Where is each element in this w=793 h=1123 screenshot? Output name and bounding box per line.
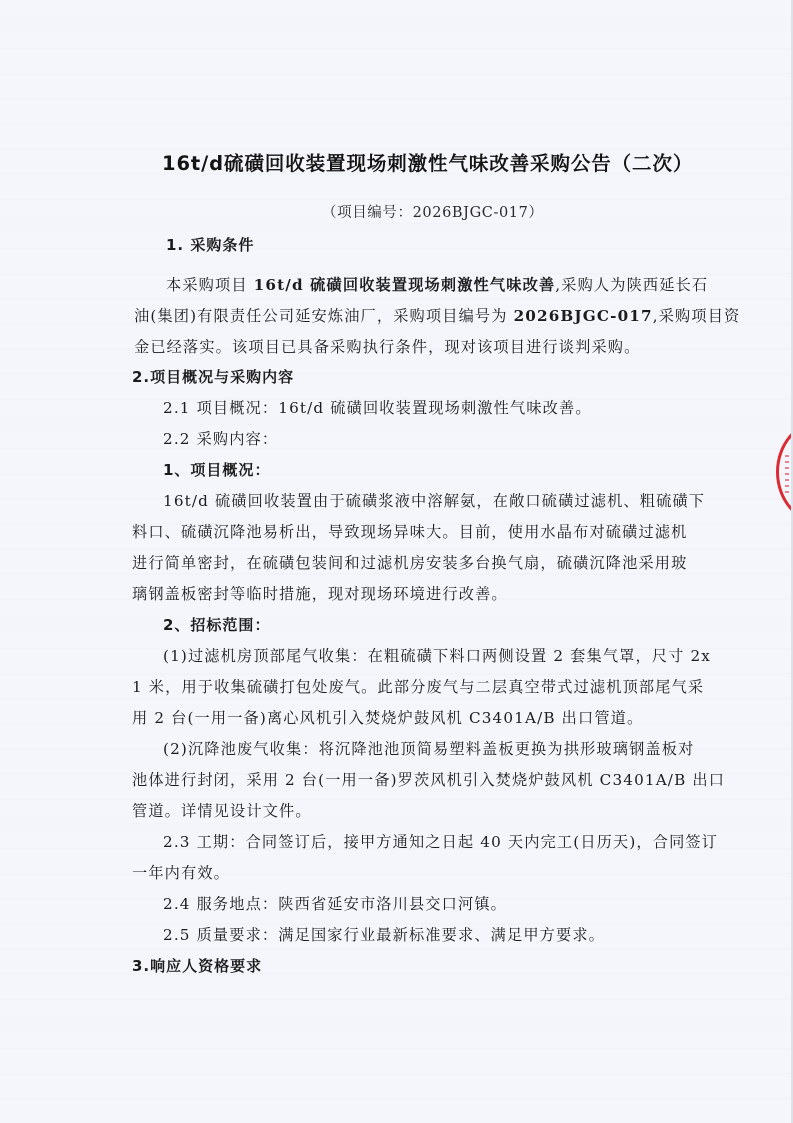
item-2-2: 2.2 采购内容： — [163, 429, 278, 449]
item-2-1: 2.1 项目概况：16t/d 硫磺回收装置现场刺激性气味改善。 — [163, 398, 592, 418]
document-page: 16t/d硫磺回收装置现场刺激性气味改善采购公告（二次） （项目编号：2026B… — [0, 0, 793, 1123]
overview-line-2: 料口、硫磺沉降池易析出，导致现场异味大。目前，使用水晶布对硫磺过滤机 — [132, 522, 687, 542]
scope-2-line-1: (2)沉降池废气收集：将沉降池池顶简易塑料盖板更换为拱形玻璃钢盖板对 — [163, 739, 694, 759]
section-2-heading: 2.项目概况与采购内容 — [132, 367, 294, 387]
section-1-heading: 1. 采购条件 — [166, 235, 254, 255]
scope-2-line-2: 池体进行封闭，采用 2 台(一用一备)罗茨风机引入焚烧炉鼓风机 C3401A/B… — [132, 770, 725, 790]
scope-1-line-2: 1 米，用于收集硫磺打包处废气。此部分废气与二层真空带式过滤机顶部尾气采 — [132, 677, 704, 697]
scope-1-line-1: (1)过滤机房顶部尾气收集：在粗硫磺下料口两侧设置 2 套集气罩，尺寸 2x — [163, 646, 711, 666]
text: 本采购项目 — [166, 276, 254, 294]
document-title: 16t/d硫磺回收装置现场刺激性气味改善采购公告（二次） — [162, 148, 693, 176]
section-1-para-line-2: 油(集团)有限责任公司延安炼油厂，采购项目编号为 2026BJGC-017,采购… — [134, 306, 740, 326]
seal-text-fragment — [785, 455, 789, 495]
text: ,采购人为陕西延长石 — [555, 276, 708, 294]
project-code: （项目编号：2026BJGC-017） — [322, 201, 544, 222]
sub-2-heading: 2、招标范围： — [163, 615, 270, 635]
section-3-heading: 3.响应人资格要求 — [132, 956, 262, 976]
item-2-4: 2.4 服务地点：陕西省延安市洛川县交口河镇。 — [163, 894, 507, 914]
overview-line-1: 16t/d 硫磺回收装置由于硫磺浆液中溶解氨，在敞口硫磺过滤机、粗硫磺下 — [163, 491, 705, 511]
section-1-para-line-1: 本采购项目 16t/d 硫磺回收装置现场刺激性气味改善,采购人为陕西延长石 — [166, 275, 708, 295]
scope-2-line-3: 管道。详情见设计文件。 — [132, 801, 312, 821]
project-code-bold: 2026BJGC-017 — [514, 307, 653, 325]
overview-line-3: 进行简单密封，在硫磺包装间和过滤机房安装多台换气扇，硫磺沉降池采用玻 — [132, 553, 687, 573]
section-1-para-line-3: 金已经落实。该项目已具备采购执行条件，现对该项目进行谈判采购。 — [134, 337, 640, 357]
item-2-3-line-2: 一年内有效。 — [132, 863, 230, 883]
overview-line-4: 璃钢盖板密封等临时措施，现对现场环境进行改善。 — [132, 584, 508, 604]
project-name-bold: 16t/d 硫磺回收装置现场刺激性气味改善 — [254, 276, 556, 294]
item-2-5: 2.5 质量要求：满足国家行业最新标准要求、满足甲方要求。 — [163, 925, 605, 945]
scope-1-line-3: 用 2 台(一用一备)离心风机引入焚烧炉鼓风机 C3401A/B 出口管道。 — [132, 708, 643, 728]
text: ,采购项目资 — [653, 307, 741, 325]
text: 油(集团)有限责任公司延安炼油厂，采购项目编号为 — [134, 307, 514, 325]
item-2-3-line-1: 2.3 工期：合同签订后，接甲方通知之日起 40 天内完工(日历天)，合同签订 — [163, 832, 718, 852]
sub-1-heading: 1、项目概况： — [163, 460, 270, 480]
